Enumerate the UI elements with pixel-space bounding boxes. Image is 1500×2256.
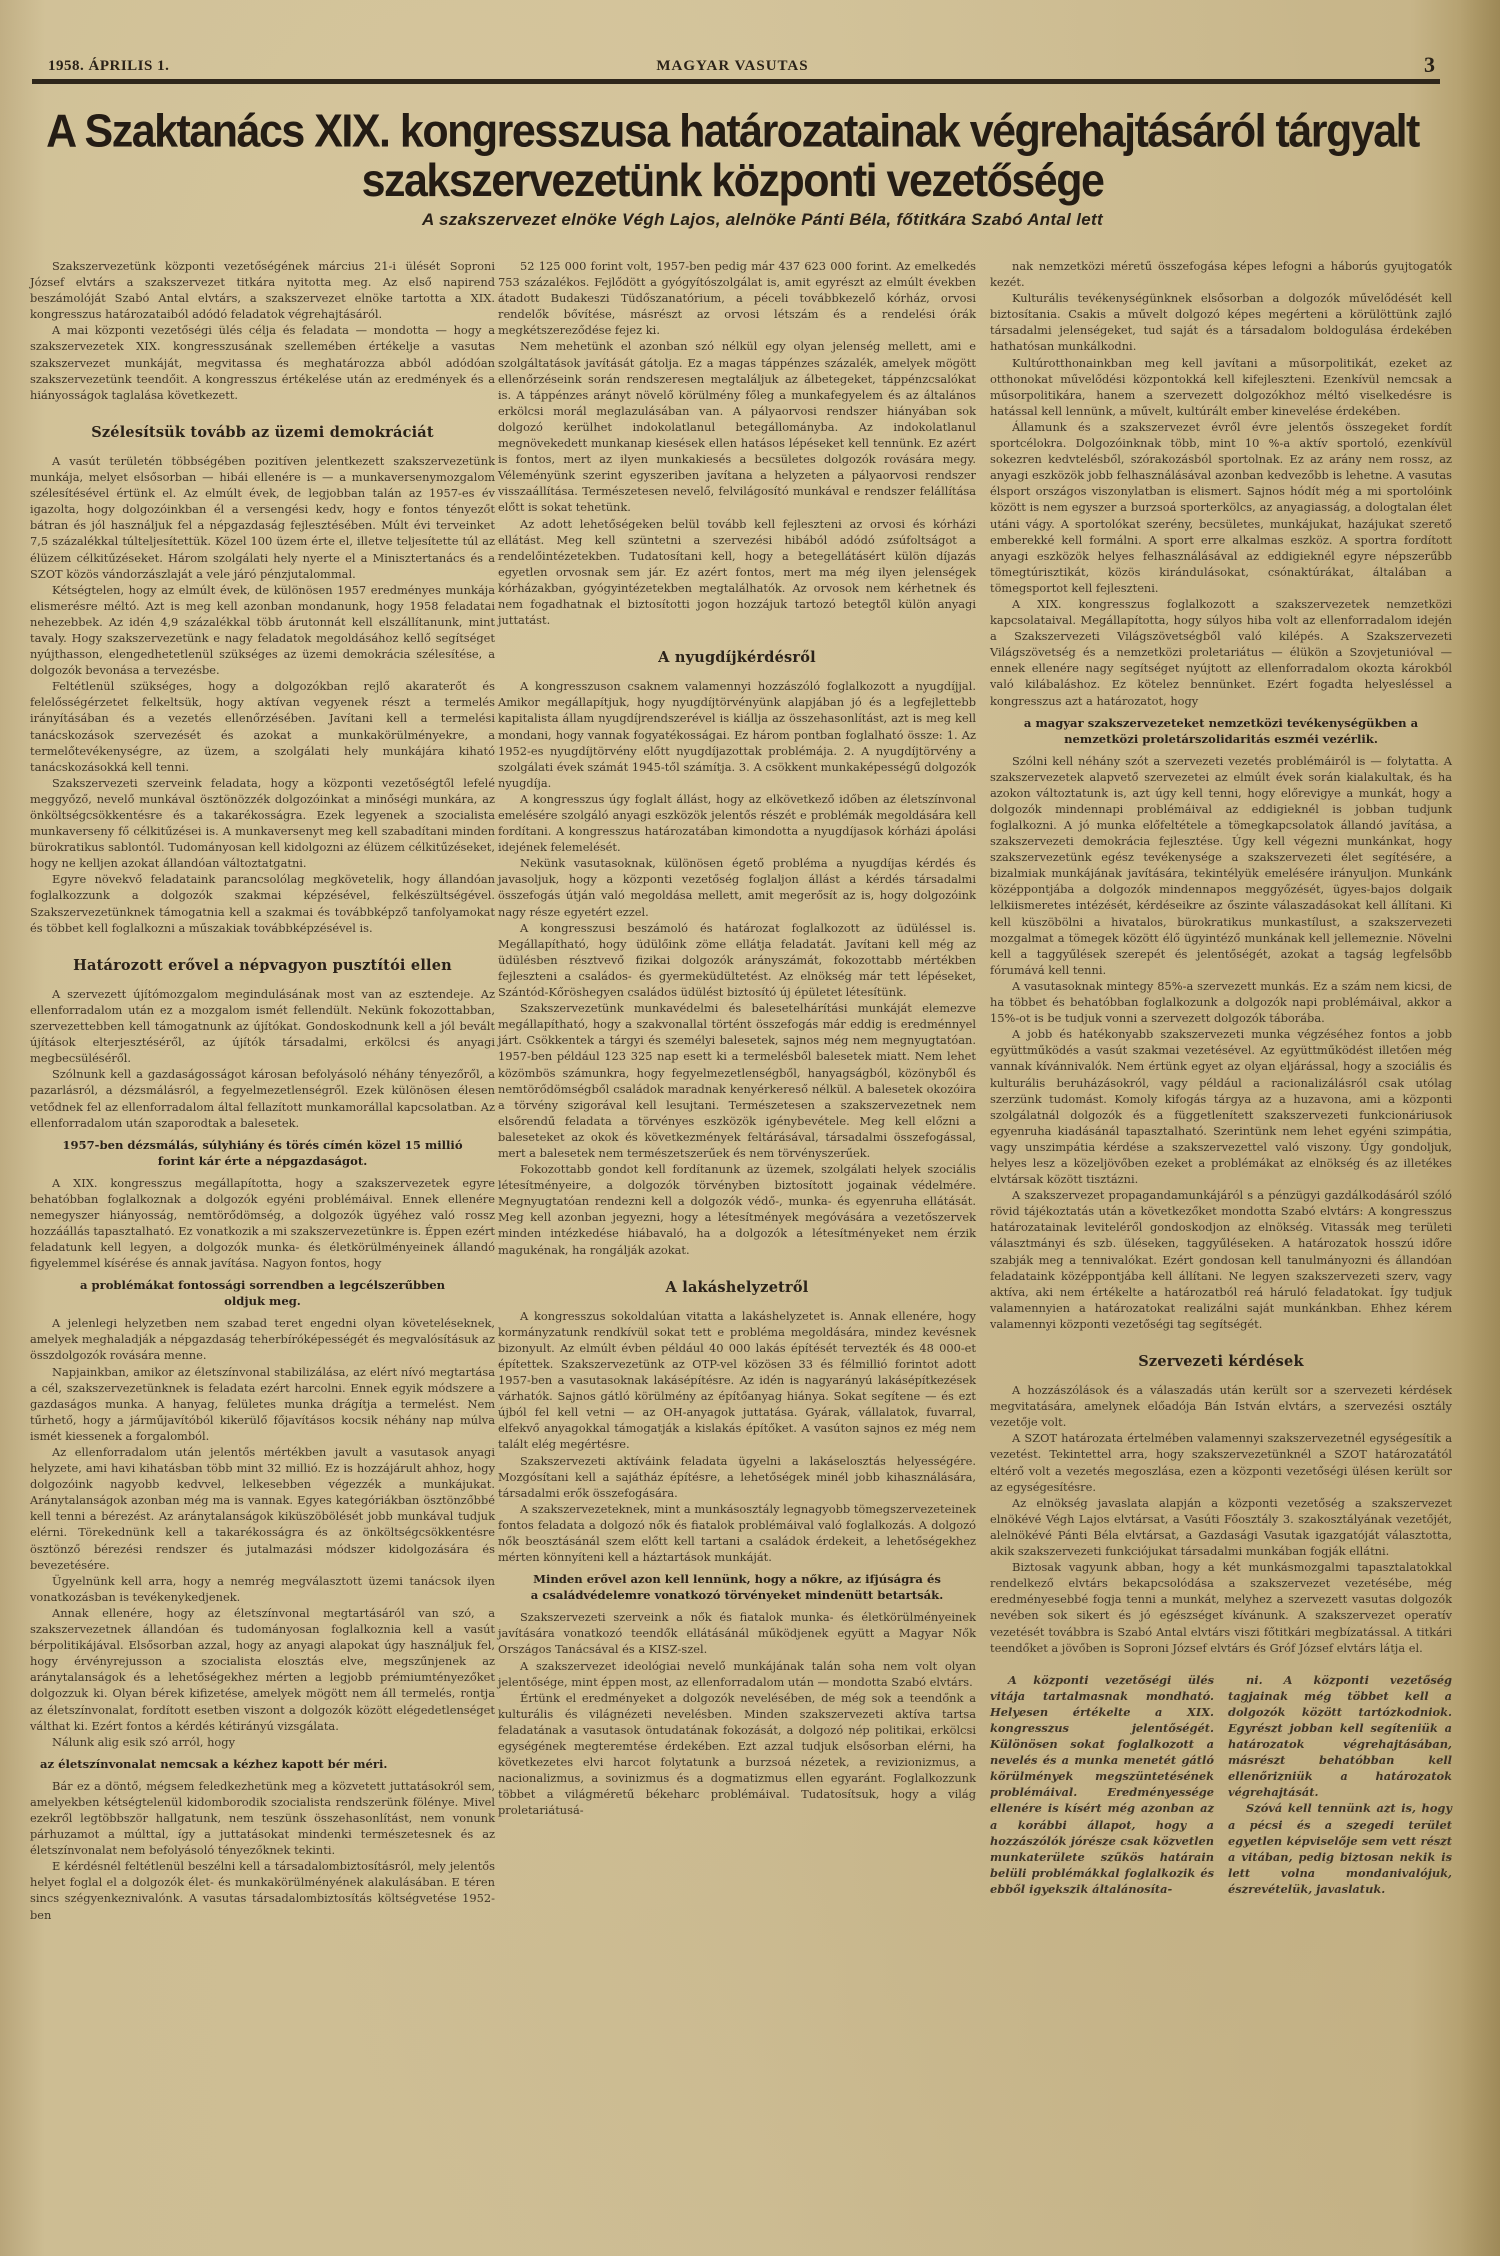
paragraph: 52 125 000 forint volt, 1957-ben pedig m… [498, 258, 976, 338]
callout: 1957-ben dézsmálás, súlyhiány és törés c… [60, 1137, 465, 1169]
paragraph: A vasút területén többségében pozitíven … [30, 453, 495, 582]
paragraph: nak nemzetközi méretű összefogása képes … [990, 258, 1452, 290]
paragraph: Fokozottabb gondot kell fordítanunk az ü… [498, 1161, 976, 1258]
paragraph: A hozzászólások és a válaszadás után ker… [990, 1382, 1452, 1430]
paragraph: Kulturális tevékenységünknek elsősorban … [990, 290, 1452, 354]
paragraph: A szakszervezet propagandamunkájáról s a… [990, 1187, 1452, 1332]
paragraph: Szakszervezetünk munkavédelmi és baleset… [498, 1000, 976, 1161]
headline-line-1: A Szaktanács XIX. kongresszusa határozat… [30, 106, 1435, 156]
headline: A Szaktanács XIX. kongresszusa határozat… [30, 106, 1435, 205]
paragraph: Az adott lehetőségeken belül tovább kell… [498, 516, 976, 629]
paragraph: A XIX. kongresszus megállapította, hogy … [30, 1175, 495, 1272]
paragraph: Szólni kell néhány szót a szervezeti vez… [990, 753, 1452, 978]
section-heading: A lakáshelyzetről [498, 1280, 976, 1296]
closing-right: ni. A központi vezetőség tagjainak még t… [1228, 1672, 1452, 1897]
section-paragraphs: Bár ez a döntő, mégsem feledkezhetünk me… [30, 1778, 495, 1923]
paragraph: Szólnunk kell a gazdaságosságot károsan … [30, 1066, 495, 1130]
headline-line-2: szakszervezetünk központi vezetősége [30, 156, 1435, 206]
paragraph: A kongresszus sokoldalúan vitatta a laká… [498, 1308, 976, 1453]
paragraph: Államunk és a szakszervezet évről évre j… [990, 419, 1452, 596]
paragraph: Bár ez a döntő, mégsem feledkezhetünk me… [30, 1778, 495, 1858]
paragraph: Az ellenforradalom után jelentős mértékb… [30, 1444, 495, 1573]
paragraph: A jelenlegi helyzetben nem szabad teret … [30, 1315, 495, 1363]
section-paragraphs: A XIX. kongresszus megállapította, hogy … [30, 1175, 495, 1272]
section-heading: Szervezeti kérdések [990, 1354, 1452, 1370]
paragraph: Feltétlenül szükséges, hogy a dolgozókba… [30, 678, 495, 775]
callout: az életszínvonalat nemcsak a kézhez kapo… [40, 1756, 465, 1772]
paragraph: Szakszervezeti szerveink a nők és fiatal… [498, 1609, 976, 1657]
paragraph: Nem mehetünk el azonban szó nélkül egy o… [498, 338, 976, 515]
paragraph: A SZOT határozata értelmében valamennyi … [990, 1430, 1452, 1494]
masthead-rule [32, 79, 1440, 84]
callout: a problémákat fontossági sorrendben a le… [60, 1277, 465, 1309]
section-paragraphs: A jelenlegi helyzetben nem szabad teret … [30, 1315, 495, 1750]
paragraph: Értünk el eredményeket a dolgozók nevelé… [498, 1690, 976, 1819]
closing-subcolumns: A központi vezetőségi ülés vitája tartal… [990, 1672, 1452, 1897]
paragraph: A kongresszuson csaknem valamennyi hozzá… [498, 678, 976, 791]
paragraph: ni. A központi vezetőség tagjainak még t… [1228, 1672, 1452, 1801]
subheadline: A szakszervezet elnöke Végh Lajos, aleln… [30, 210, 1435, 230]
section-paragraphs: A hozzászólások és a válaszadás után ker… [990, 1382, 1452, 1656]
paragraph: Szakszervezeti aktíváink feladata ügyeln… [498, 1453, 976, 1501]
section-paragraphs: A vasút területén többségében pozitíven … [30, 453, 495, 936]
masthead: 1958. ÁPRILIS 1. MAGYAR VASUTAS 3 [30, 52, 1435, 78]
paragraph: Kultúrotthonainkban meg kell javítani a … [990, 355, 1452, 419]
intro-paragraphs: 52 125 000 forint volt, 1957-ben pedig m… [498, 258, 976, 628]
paragraph: Nálunk alig esik szó arról, hogy [30, 1734, 495, 1750]
paragraph: A jobb és hatékonyabb szakszervezeti mun… [990, 1026, 1452, 1187]
section-paragraphs: A szervezett újítómozgalom megindulásána… [30, 986, 495, 1131]
paragraph: Kétségtelen, hogy az elmúlt évek, de kül… [30, 582, 495, 679]
page-fold-shadow [1460, 0, 1500, 2256]
paragraph: Biztosak vagyunk abban, hogy a két munká… [990, 1559, 1452, 1656]
paragraph: A XIX. kongresszus foglalkozott a szaksz… [990, 596, 1452, 709]
newspaper-name: MAGYAR VASUTAS [30, 58, 1435, 75]
section-heading: A nyugdíjkérdésről [498, 650, 976, 666]
paragraph: A vasutasoknak mintegy 85%-a szervezett … [990, 978, 1452, 1026]
paragraph: Annak ellenére, hogy az életszínvonal me… [30, 1605, 495, 1734]
section-paragraphs: Szakszervezeti szerveink a nők és fiatal… [498, 1609, 976, 1818]
closing-left: A központi vezetőségi ülés vitája tartal… [990, 1672, 1214, 1897]
intro-paragraphs: Szakszervezetünk központi vezetőségének … [30, 258, 495, 403]
callout: Minden erővel azon kell lennünk, hogy a … [528, 1571, 946, 1603]
paragraph: A kongresszus úgy foglalt állást, hogy a… [498, 791, 976, 855]
section-paragraphs: A kongresszus sokoldalúan vitatta a laká… [498, 1308, 976, 1566]
paragraph: E kérdésnél feltétlenül beszélni kell a … [30, 1858, 495, 1922]
paragraph: Napjainkban, amikor az életszínvonal sta… [30, 1364, 495, 1444]
paragraph: Szakszervezetünk központi vezetőségének … [30, 258, 495, 322]
callout: a magyar szakszervezeteket nemzetközi te… [1020, 715, 1422, 747]
paragraph: A szakszervezeteknek, mint a munkásosztá… [498, 1501, 976, 1565]
intro-paragraphs: nak nemzetközi méretű összefogása képes … [990, 258, 1452, 709]
paragraph: Szakszervezeti szerveink feladata, hogy … [30, 775, 495, 872]
paragraph: A központi vezetőségi ülés vitája tartal… [990, 1672, 1214, 1897]
paragraph: A kongresszusi beszámoló és határozat fo… [498, 920, 976, 1000]
column-1: Szakszervezetünk központi vezetőségének … [30, 258, 495, 1923]
column-2: 52 125 000 forint volt, 1957-ben pedig m… [498, 258, 976, 1818]
paragraph: Az elnökség javaslata alapján a központi… [990, 1495, 1452, 1559]
newspaper-page: 1958. ÁPRILIS 1. MAGYAR VASUTAS 3 A Szak… [30, 0, 1480, 2256]
paragraph: Egyre növekvő feladataink parancsolólag … [30, 871, 495, 935]
section-paragraphs: Szólni kell néhány szót a szervezeti vez… [990, 753, 1452, 1332]
paragraph: Nekünk vasutasoknak, különösen égető pro… [498, 855, 976, 919]
section-paragraphs: A kongresszuson csaknem valamennyi hozzá… [498, 678, 976, 1257]
paragraph: Szóvá kell tennünk azt is, hogy a pécsi … [1228, 1800, 1452, 1897]
column-3: nak nemzetközi méretű összefogása képes … [990, 258, 1452, 1897]
section-heading: Szélesítsük tovább az üzemi demokráciát [30, 425, 495, 441]
paragraph: A mai központi vezetőségi ülés célja és … [30, 322, 495, 402]
page-number: 3 [1424, 52, 1435, 78]
paragraph: A szakszervezet ideológiai nevelő munkáj… [498, 1658, 976, 1690]
section-heading: Határozott erővel a népvagyon pusztítói … [30, 958, 495, 974]
paragraph: Ügyelnünk kell arra, hogy a nemrég megvá… [30, 1573, 495, 1605]
paragraph: A szervezett újítómozgalom megindulásána… [30, 986, 495, 1066]
